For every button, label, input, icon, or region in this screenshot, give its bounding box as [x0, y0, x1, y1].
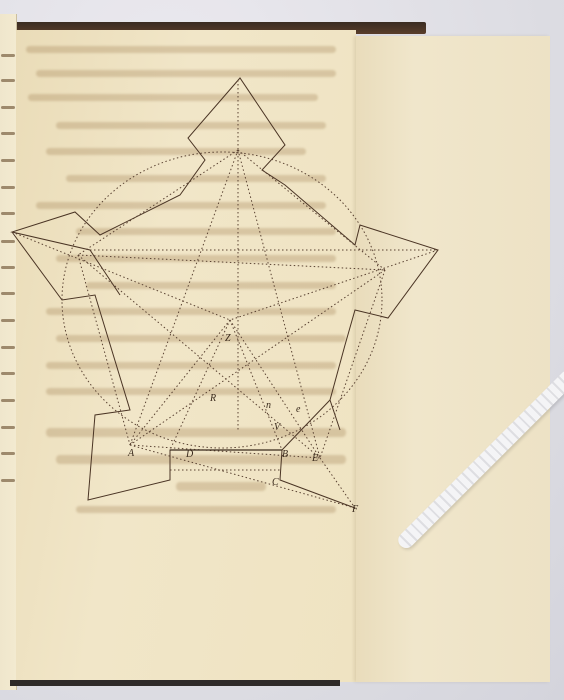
pentagon-diagram: [0, 0, 564, 700]
label-E: E: [312, 453, 318, 464]
construction-lines: [12, 80, 438, 508]
label-A: A: [128, 448, 134, 459]
label-R: R: [210, 393, 216, 404]
label-V: V: [274, 422, 280, 433]
label-e: e: [296, 404, 300, 415]
label-C: C: [272, 477, 279, 488]
label-n: n: [266, 400, 271, 411]
book-cover-bottom-edge: [10, 680, 340, 686]
label-B: B: [282, 449, 288, 460]
label-D: D: [186, 449, 193, 460]
label-F: F: [352, 504, 358, 515]
label-Z: Z: [225, 333, 231, 344]
diagram-outline: [12, 78, 438, 508]
